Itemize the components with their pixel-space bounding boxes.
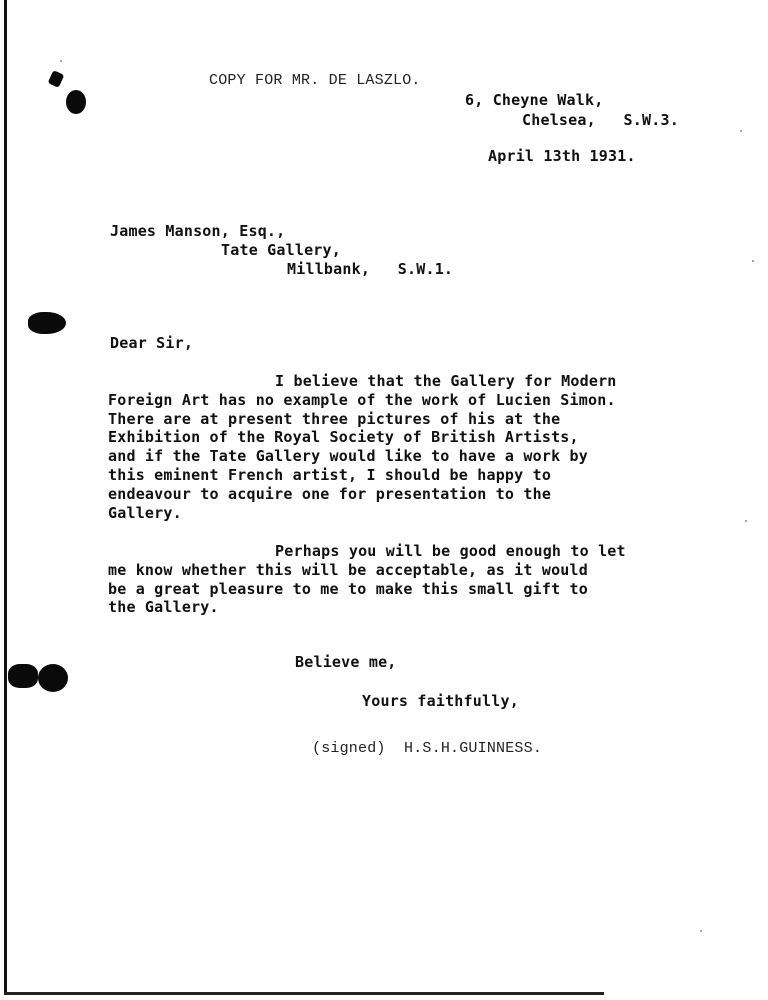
paragraph-1-line: Gallery. xyxy=(108,504,182,522)
sender-address-line-1: 6, Cheyne Walk, xyxy=(465,91,603,109)
recipient-line-1: James Manson, Esq., xyxy=(110,222,285,240)
paper-speck xyxy=(745,520,747,522)
paragraph-2-line: me know whether this will be acceptable,… xyxy=(108,561,588,579)
paper-speck xyxy=(60,60,62,62)
paragraph-1-line: Foreign Art has no example of the work o… xyxy=(108,391,616,409)
paragraph-1-line: I believe that the Gallery for Modern xyxy=(275,372,617,390)
paragraph-1-line: Exhibition of the Royal Society of Briti… xyxy=(108,428,579,446)
paper-speck xyxy=(752,260,754,262)
paragraph-2-line: be a great pleasure to me to make this s… xyxy=(108,580,588,598)
paragraph-1-line: endeavour to acquire one for presentatio… xyxy=(108,485,551,503)
punch-hole-mark xyxy=(38,664,68,692)
paragraph-2-line: Perhaps you will be good enough to let xyxy=(275,542,626,560)
sender-address-line-2: Chelsea, S.W.3. xyxy=(522,111,679,129)
paper-speck xyxy=(740,130,742,132)
closing-yours-faithfully: Yours faithfully, xyxy=(362,692,519,710)
recipient-line-2: Tate Gallery, xyxy=(221,241,341,259)
paragraph-1-line: and if the Tate Gallery would like to ha… xyxy=(108,447,588,465)
paragraph-1-line: There are at present three pictures of h… xyxy=(108,410,560,428)
punch-hole-mark xyxy=(8,664,38,688)
closing-believe-me: Believe me, xyxy=(295,653,397,671)
punch-hole-mark xyxy=(66,90,86,114)
salutation: Dear Sir, xyxy=(110,334,193,352)
paper-speck xyxy=(700,930,702,932)
page-border-bottom xyxy=(4,992,604,995)
page-border-left xyxy=(4,0,7,994)
punch-hole-mark xyxy=(28,312,66,334)
paragraph-2-line: the Gallery. xyxy=(108,598,219,616)
paragraph-1-line: this eminent French artist, I should be … xyxy=(108,466,551,484)
letter-date: April 13th 1931. xyxy=(488,147,636,165)
header-note: COPY FOR MR. DE LASZLO. xyxy=(209,72,421,90)
punch-hole-mark xyxy=(48,70,65,88)
recipient-line-3: Millbank, S.W.1. xyxy=(287,260,453,278)
signature-line: (signed) H.S.H.GUINNESS. xyxy=(312,740,542,758)
